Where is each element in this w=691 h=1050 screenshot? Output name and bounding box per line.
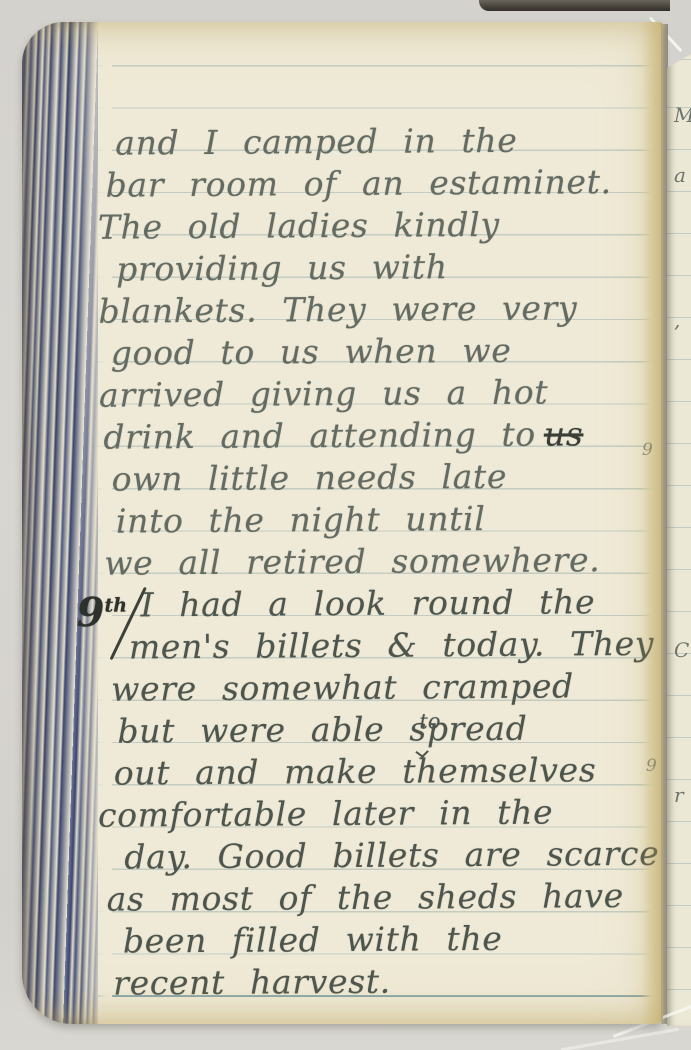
handwriting-fragment: , xyxy=(674,308,680,332)
margin-date-number: 9 xyxy=(76,589,104,636)
handwritten-entry: and I camped in the bar room of an estam… xyxy=(22,22,663,1024)
line-text: as most of the sheds have xyxy=(106,876,623,919)
line-text: recent harvest. xyxy=(113,962,391,1003)
handwritten-line: comfortable later in the xyxy=(98,793,553,838)
margin-date-suffix: th xyxy=(104,595,127,617)
diary-photo: M a , C r 9 9 and I camped in the bar ro… xyxy=(0,0,691,1050)
handwritten-line: recent harvest. xyxy=(113,962,391,1006)
handwritten-line: and I camped in the xyxy=(115,121,517,166)
inserted-word: to xyxy=(419,709,440,733)
handwritten-line: were somewhat cramped xyxy=(111,666,574,711)
line-text: into the night until xyxy=(116,499,486,541)
line-text: good to us when we xyxy=(111,331,512,373)
handwritten-line: arrived giving us a hot xyxy=(99,373,548,418)
line-text: were somewhat cramped xyxy=(111,666,574,708)
handwritten-line: men's billets & today. They xyxy=(129,624,655,670)
line-text: arrived giving us a hot xyxy=(99,373,548,415)
handwritten-line: drink and attending tous xyxy=(103,414,583,459)
line-text: blankets. They were very xyxy=(98,288,577,330)
line-text: we all retired somewhere. xyxy=(104,540,600,582)
handwriting-fragment: C xyxy=(674,638,689,662)
line-text: The old ladies kindly xyxy=(98,205,500,247)
line-text: but were able spread xyxy=(117,709,527,751)
facing-page-sliver: M a , C r xyxy=(667,54,691,1026)
struck-out-word: us xyxy=(544,414,584,453)
line-text: men's billets & today. They xyxy=(129,624,655,667)
handwritten-line: but were able spread xyxy=(117,709,527,754)
handwritten-line: been filled with the xyxy=(123,919,503,964)
notebook-cover-edge xyxy=(479,0,670,11)
handwritten-line: out and make themselves xyxy=(114,750,597,795)
notebook-page: 9 9 and I camped in the bar room of an e… xyxy=(22,22,663,1024)
handwritten-line: day. Good billets are scarce xyxy=(124,834,659,880)
line-text: day. Good billets are scarce xyxy=(124,834,659,877)
line-text: out and make themselves xyxy=(114,750,597,792)
handwritten-line: providing us with xyxy=(116,247,448,291)
handwritten-line: as most of the sheds have xyxy=(106,876,623,922)
margin-date: 9th xyxy=(76,586,127,634)
handwritten-line: own little needs late xyxy=(112,457,508,502)
line-text: bar room of an estaminet. xyxy=(105,162,611,205)
line-text: providing us with xyxy=(116,247,448,288)
line-text: I had a look round the xyxy=(140,582,595,624)
handwriting-fragment: M xyxy=(674,103,691,127)
line-text: and I camped in the xyxy=(115,121,517,163)
handwritten-line: The old ladies kindly xyxy=(98,205,500,250)
handwritten-line: into the night until xyxy=(116,499,486,544)
handwritten-line: bar room of an estaminet. xyxy=(105,162,611,208)
line-text: own little needs late xyxy=(112,457,508,499)
handwriting-fragment: a xyxy=(674,163,686,187)
handwritten-line: blankets. They were very xyxy=(98,288,577,333)
line-text: comfortable later in the xyxy=(98,793,553,835)
handwritten-line: I had a look round the xyxy=(140,582,595,627)
handwriting-fragment: r xyxy=(674,783,684,807)
line-text: drink and attending to xyxy=(103,415,536,457)
handwritten-line: good to us when we xyxy=(111,331,512,376)
line-text: been filled with the xyxy=(123,919,503,961)
handwritten-line: we all retired somewhere. xyxy=(104,540,600,585)
